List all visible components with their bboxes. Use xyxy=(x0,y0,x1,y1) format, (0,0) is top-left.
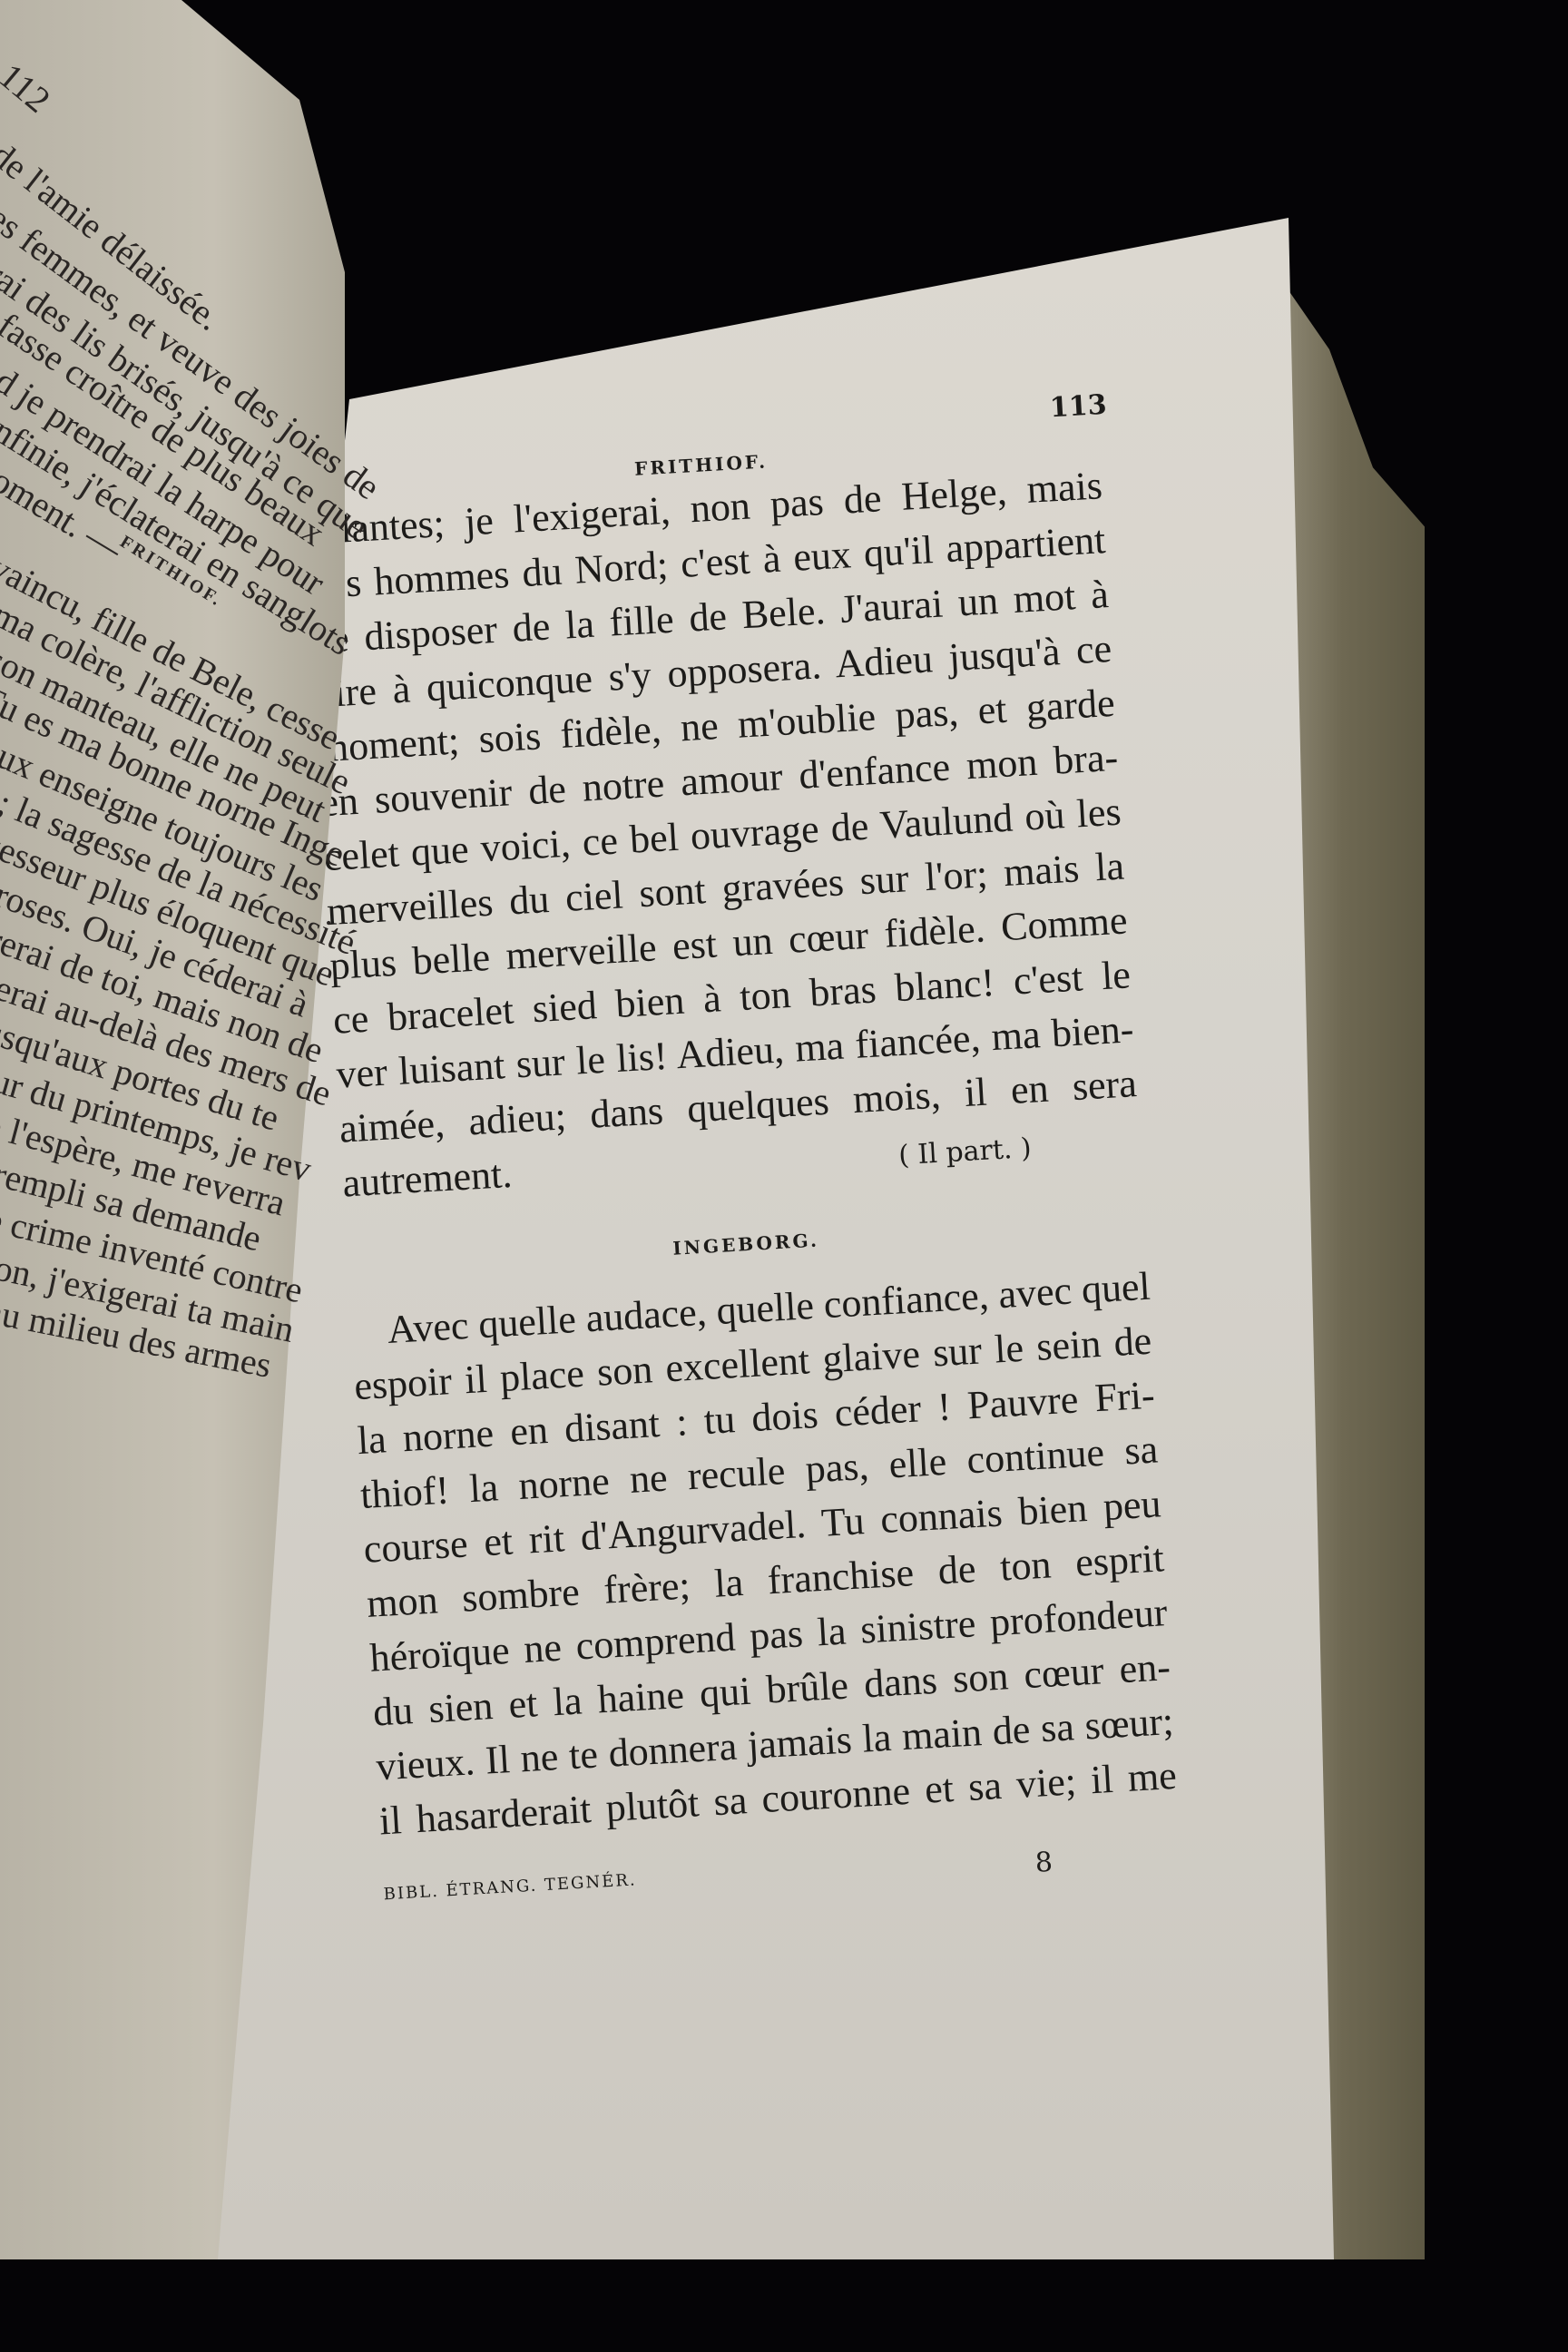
text-line: autrement. xyxy=(341,1147,514,1211)
right-page-content: 113 FRITHIOF. celantes; je l'exigerai, n… xyxy=(299,389,1182,1916)
stage-direction: ( Il part. ) xyxy=(897,1126,1141,1171)
page-number: 113 xyxy=(1049,389,1108,425)
left-page-content: 112 de l'amie délaissée. des femmes, et … xyxy=(0,54,327,1142)
